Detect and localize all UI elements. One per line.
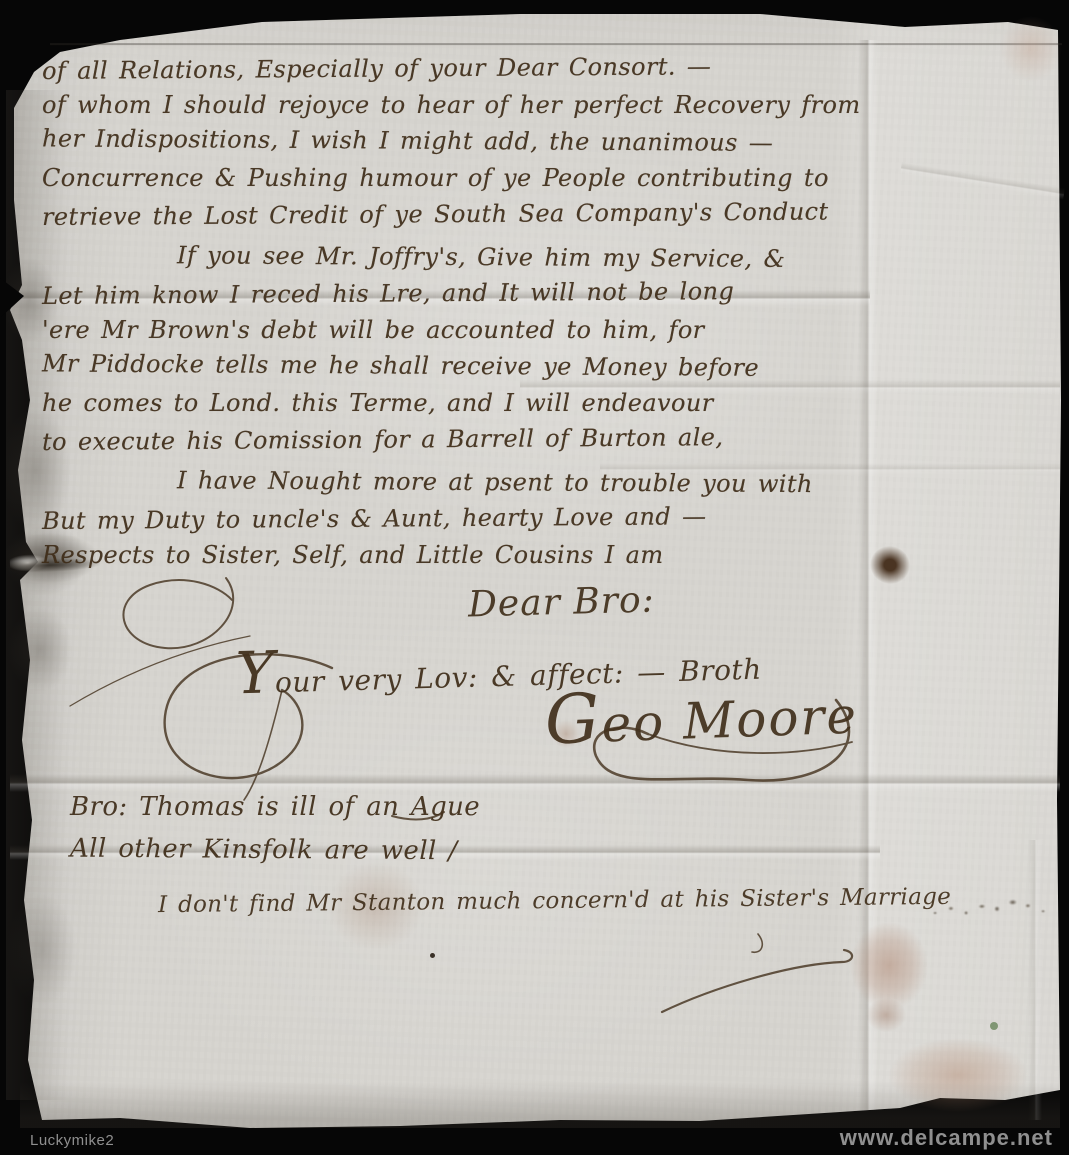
handwritten-line: Mr Piddocke tells me he shall receive ye… bbox=[42, 345, 892, 387]
handwritten-line: to execute his Comission for a Barrell o… bbox=[42, 418, 892, 460]
handwritten-line: 'ere Mr Brown's debt will be accounted t… bbox=[42, 312, 892, 349]
letter-signature: Geo Moore bbox=[544, 681, 859, 757]
handwritten-line: Let him know I reced his Lre, and It wil… bbox=[42, 272, 892, 314]
handwritten-line: I have Nought more at psent to trouble y… bbox=[42, 461, 892, 503]
handwritten-line: her Indispositions, I wish I might add, … bbox=[42, 120, 892, 162]
letter-closing: Dear Bro: bbox=[467, 580, 655, 626]
postscript-line: All other Kinsfolk are well / bbox=[70, 828, 480, 874]
handwritten-line: If you see Mr. Joffry's, Give him my Ser… bbox=[42, 236, 892, 278]
handwritten-line: Respects to Sister, Self, and Little Cou… bbox=[42, 537, 892, 574]
letter-postscript: Bro: Thomas is ill of an AgueAll other K… bbox=[70, 786, 480, 872]
handwritten-line: of all Relations, Especially of your Dea… bbox=[42, 47, 892, 89]
seller-watermark: Luckymike2 bbox=[30, 1132, 114, 1149]
handwritten-line: But my Duty to uncle's & Aunt, hearty Lo… bbox=[42, 497, 892, 539]
handwritten-line: retrieve the Lost Credit of ye South Sea… bbox=[42, 193, 892, 235]
handwritten-line: Concurrence & Pushing humour of ye Peopl… bbox=[42, 160, 892, 197]
postscript-line: Bro: Thomas is ill of an Ague bbox=[70, 786, 480, 829]
photo-canvas: { "colors": { "background": "#060606", "… bbox=[0, 0, 1069, 1155]
letter-body: of all Relations, Especially of your Dea… bbox=[42, 50, 892, 573]
site-watermark: www.delcampe.net bbox=[840, 1125, 1053, 1151]
handwritten-line: he comes to Lond. this Terme, and I will… bbox=[42, 385, 892, 422]
handwritten-line: of whom I should rejoyce to hear of her … bbox=[42, 87, 892, 124]
